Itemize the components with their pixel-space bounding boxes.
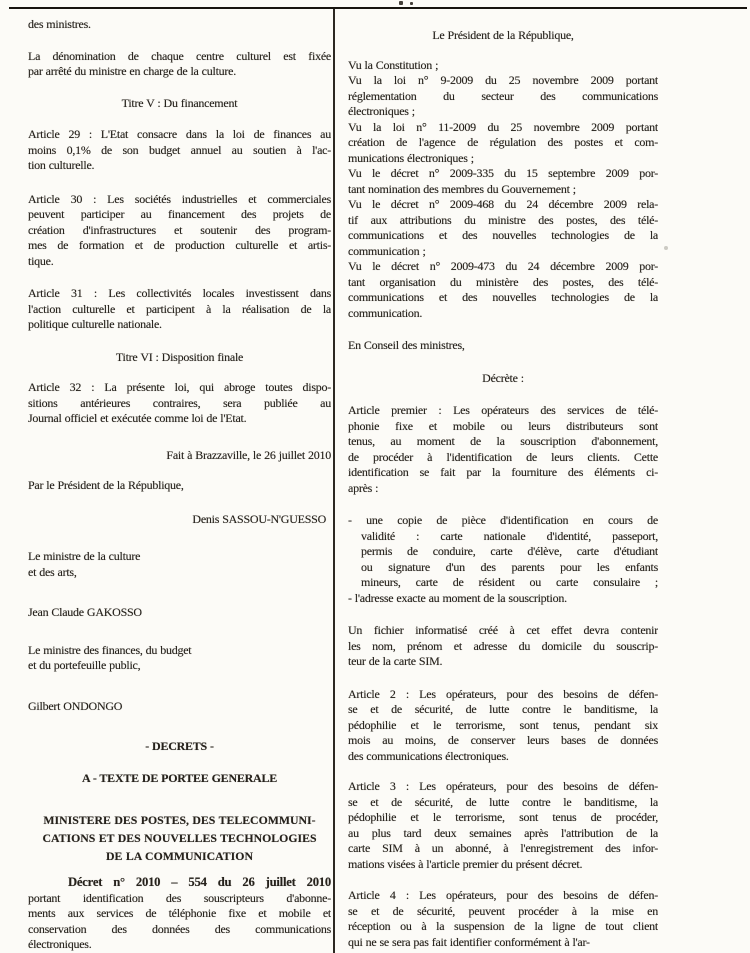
text-line: Vu le décret n° 2009-473 du 24 décembre … xyxy=(348,259,658,275)
text-line: Article 29 : L'Etat consacre dans la loi… xyxy=(28,127,331,143)
text-line: MINISTERE DES POSTES, DES TELECOMMUNI- xyxy=(28,811,331,829)
dateline-fait-a-brazzaville: Fait à Brazzaville, le 26 juillet 2010 xyxy=(28,448,331,464)
signature-jean-claude-gakosso: Jean Claude GAKOSSO xyxy=(28,605,331,621)
text-line: pédophilie et le terrorisme, sont tenus,… xyxy=(348,718,658,734)
text-line: Le ministre des finances, du budget xyxy=(28,643,331,659)
text-line: se et de sécurité, de lutte contre le ba… xyxy=(348,795,658,811)
text-line: - une copie de pièce d'identification en… xyxy=(348,513,658,529)
article-3: Article 3 : Les opérateurs, pour des bes… xyxy=(348,779,658,872)
visa-decret-2009-335: Vu le décret n° 2009-335 du 15 septembre… xyxy=(348,166,658,197)
text-line: Article 3 : Les opérateurs, pour des bes… xyxy=(348,779,658,795)
text-line: - DECRETS - xyxy=(28,739,331,755)
text-line: communications et des nouvelles technolo… xyxy=(348,228,658,244)
text-line: des communications électroniques. xyxy=(348,749,658,765)
text-line: l'action culturelle et participent à la … xyxy=(28,302,331,318)
text-line: Vu la loi n° 11-2009 du 25 novembre 2009… xyxy=(348,120,658,136)
text-line: Le ministre de la culture xyxy=(28,549,331,565)
heading-titre-v: Titre V : Du financement xyxy=(28,96,331,112)
text-line: électroniques ; xyxy=(348,104,658,120)
text-line: CATIONS ET DES NOUVELLES TECHNOLOGIES xyxy=(28,829,331,847)
text-line: qui ne se sera pas fait identifier confo… xyxy=(348,935,658,951)
text-line: tique. xyxy=(28,254,331,270)
decree-number-line: Décret n° 2010 – 554 du 26 juillet 2010 xyxy=(28,874,331,891)
text-line: peuvent participer au financement des pr… xyxy=(28,207,331,223)
text-line: mois au moins, de conserver leurs bases … xyxy=(348,733,658,749)
visa-decret-2009-473: Vu le décret n° 2009-473 du 24 décembre … xyxy=(348,259,658,321)
text-line: pédophilie et le terrorisme, sont tenus … xyxy=(348,810,658,826)
text-line: communications et des nouvelles technolo… xyxy=(348,290,658,306)
text-line: politique culturelle nationale. xyxy=(28,317,331,333)
signature-denis-sassou-nguesso: Denis SASSOU-N'GUESSO xyxy=(28,512,331,528)
text-line: - l'adresse exacte au moment de la sousc… xyxy=(348,591,658,607)
visa-constitution: Vu la Constitution ; xyxy=(348,58,658,74)
right-column: Le Président de la République,Vu la Cons… xyxy=(348,10,658,950)
text-line: Article 30 : Les sociétés industrielles … xyxy=(28,192,331,208)
text-line: ments aux services de téléphonie fixe et… xyxy=(28,906,331,922)
text-line: sitions antérieures contraires, sera pub… xyxy=(28,396,331,412)
paragraph-des-ministres: des ministres. xyxy=(28,17,331,33)
signature-gilbert-ondongo: Gilbert ONDONGO xyxy=(28,699,331,715)
text-line: permis de conduire, carte d'élève, carte… xyxy=(348,544,658,560)
liste-pieces-identification: - une copie de pièce d'identification en… xyxy=(348,513,658,606)
text-line: mineurs, carte de résident ou carte cons… xyxy=(348,575,658,591)
top-rule-divider xyxy=(9,7,747,9)
text-line: Un fichier informatisé créé à cet effet … xyxy=(348,623,658,639)
left-column: des ministres.La dénomination de chaque … xyxy=(28,10,331,953)
heading-texte-portee-generale: A - TEXTE DE PORTEE GENERALE xyxy=(28,771,331,787)
text-line: Vu la loi n° 9-2009 du 25 novembre 2009 … xyxy=(348,73,658,89)
heading-ministere-postes: MINISTERE DES POSTES, DES TELECOMMUNI-CA… xyxy=(28,811,331,865)
text-line: Par le Président de la République, xyxy=(28,478,331,494)
text-line: portant identification des souscripteurs… xyxy=(28,891,331,907)
text-line: DE LA COMMUNICATION xyxy=(28,847,331,865)
text-line: Gilbert ONDONGO xyxy=(28,699,331,715)
text-line: Décrète : xyxy=(348,371,658,387)
text-line: Vu le décret n° 2009-335 du 15 septembre… xyxy=(348,166,658,182)
text-line: carte SIM à un abonné, à l'enregistremen… xyxy=(348,841,658,857)
text-line: Article 31 : Les collectivités locales i… xyxy=(28,286,331,302)
article-2: Article 2 : Les opérateurs, pour des bes… xyxy=(348,687,658,765)
column-divider xyxy=(333,9,335,953)
text-line: tant nomination des membres du Gouvernem… xyxy=(348,182,658,198)
text-line: moins 0,1% de son budget annuel au souti… xyxy=(28,143,331,159)
text-line: se et de sécurité, de lutte contre le ba… xyxy=(348,702,658,718)
visa-decret-2009-468: Vu le décret n° 2009-468 du 24 décembre … xyxy=(348,197,658,259)
text-line: Le Président de la République, xyxy=(348,28,658,44)
text-line: munications électroniques ; xyxy=(348,151,658,167)
text-line: ou signature d'un des parents pour les e… xyxy=(348,560,658,576)
scanned-document-page: des ministres.La dénomination de chaque … xyxy=(0,0,750,953)
text-line: Titre VI : Disposition finale xyxy=(28,350,331,366)
text-line: phonie fixe et mobile ou leurs distribut… xyxy=(348,419,658,435)
text-line: Article 4 : Les opérateurs, pour des bes… xyxy=(348,888,658,904)
text-line: En Conseil des ministres, xyxy=(348,338,658,354)
text-line: Jean Claude GAKOSSO xyxy=(28,605,331,621)
text-line: Fait à Brazzaville, le 26 juillet 2010 xyxy=(28,448,331,464)
article-premier: Article premier : Les opérateurs des ser… xyxy=(348,403,658,496)
text-line: Vu la Constitution ; xyxy=(348,58,658,74)
heading-titre-vi: Titre VI : Disposition finale xyxy=(28,350,331,366)
decret-2010-554: Décret n° 2010 – 554 du 26 juillet 2010p… xyxy=(28,874,331,953)
signature-par-le-president: Par le Président de la République, xyxy=(28,478,331,494)
text-line: réception ou à la suspension de la ligne… xyxy=(348,919,658,935)
text-line: communication. xyxy=(348,306,658,322)
signature-ministre-finances: Le ministre des finances, du budgetet du… xyxy=(28,643,331,674)
article-4: Article 4 : Les opérateurs, pour des bes… xyxy=(348,888,658,950)
text-line: conservation des données des communicati… xyxy=(28,922,331,938)
text-line: Article premier : Les opérateurs des ser… xyxy=(348,403,658,419)
text-line: teur de la carte SIM. xyxy=(348,654,658,670)
text-line: de procéder à l'identification de leurs … xyxy=(348,450,658,466)
paragraphe-fichier-informatise: Un fichier informatisé créé à cet effet … xyxy=(348,623,658,670)
formule-en-conseil: En Conseil des ministres, xyxy=(348,338,658,354)
text-line: tion culturelle. xyxy=(28,158,331,174)
text-line: Titre V : Du financement xyxy=(28,96,331,112)
text-line: se et de sécurité, peuvent procéder à la… xyxy=(348,904,658,920)
text-line: création d'infrastructures et soutenir d… xyxy=(28,223,331,239)
scan-artifact xyxy=(664,246,668,250)
text-line: Article 32 : La présente loi, qui abroge… xyxy=(28,380,331,396)
salutation-president-republique: Le Président de la République, xyxy=(348,28,658,44)
text-line: validité : carte nationale d'identité, p… xyxy=(348,529,658,545)
text-line: tenus, au moment de la souscription d'ab… xyxy=(348,434,658,450)
text-line: La dénomination de chaque centre culture… xyxy=(28,49,331,65)
text-line: identification se fait par la fourniture… xyxy=(348,465,658,481)
text-line: des ministres. xyxy=(28,17,331,33)
text-line: réglementation du secteur des communicat… xyxy=(348,89,658,105)
text-line: Article 2 : Les opérateurs, pour des bes… xyxy=(348,687,658,703)
text-line: mes de formation et de production cultur… xyxy=(28,238,331,254)
text-line: au plus tard deux semaines après l'attri… xyxy=(348,826,658,842)
text-line: communication ; xyxy=(348,244,658,260)
text-line: et des arts, xyxy=(28,565,331,581)
text-line: après : xyxy=(348,481,658,497)
text-line: Denis SASSOU-N'GUESSO xyxy=(28,512,331,528)
text-line: et du portefeuille public, xyxy=(28,658,331,674)
signature-ministre-culture: Le ministre de la cultureet des arts, xyxy=(28,549,331,580)
text-line: par arrêté du ministre en charge de la c… xyxy=(28,64,331,80)
visa-loi-11-2009: Vu la loi n° 11-2009 du 25 novembre 2009… xyxy=(348,120,658,167)
heading-decrets: - DECRETS - xyxy=(28,739,331,755)
text-line: Journal officiel et exécutée comme loi d… xyxy=(28,411,331,427)
text-line: création de l'agence de régulation des p… xyxy=(348,135,658,151)
text-line: A - TEXTE DE PORTEE GENERALE xyxy=(28,771,331,787)
text-line: tant organisation du ministère des poste… xyxy=(348,275,658,291)
text-line: électroniques. xyxy=(28,937,331,953)
scan-artifact xyxy=(410,2,413,5)
text-line: les nom, prénom et adresse du domicile d… xyxy=(348,639,658,655)
formule-decrete: Décrète : xyxy=(348,371,658,387)
text-line: mations visées à l'article premier du pr… xyxy=(348,857,658,873)
article-30: Article 30 : Les sociétés industrielles … xyxy=(28,192,331,270)
paragraph-denomination: La dénomination de chaque centre culture… xyxy=(28,49,331,80)
text-line: Vu le décret n° 2009-468 du 24 décembre … xyxy=(348,197,658,213)
text-line: tif aux attributions du ministre des pos… xyxy=(348,213,658,229)
article-29: Article 29 : L'Etat consacre dans la loi… xyxy=(28,127,331,174)
scan-artifact xyxy=(399,1,403,5)
visa-loi-9-2009: Vu la loi n° 9-2009 du 25 novembre 2009 … xyxy=(348,73,658,120)
article-32: Article 32 : La présente loi, qui abroge… xyxy=(28,380,331,427)
article-31: Article 31 : Les collectivités locales i… xyxy=(28,286,331,333)
